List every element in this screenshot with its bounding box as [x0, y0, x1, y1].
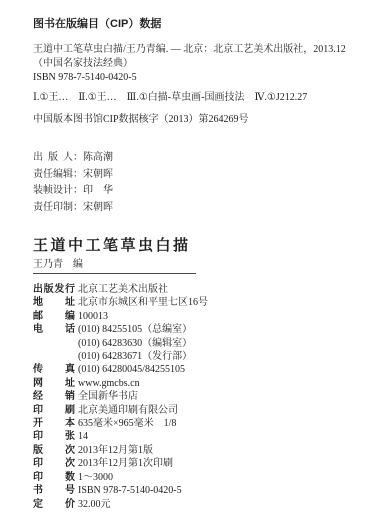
- colophon-value: 1～3000: [78, 472, 113, 483]
- colophon-row: 印次2013年12月第1次印刷: [33, 457, 363, 470]
- colophon-value: 全国新华书店: [78, 391, 138, 402]
- colophon-label: 书号: [33, 484, 75, 497]
- staff-row: 出版人：陈高潮: [33, 150, 363, 167]
- colophon-row: 定价32.00元: [33, 498, 363, 511]
- staff-row: 责任编辑：宋朝晖: [33, 167, 363, 184]
- staff-colon: ：: [73, 185, 83, 196]
- cip-line: 王道中工笔草虫白描/王乃青编. — 北京：北京工艺美术出版社，2013.12: [33, 43, 363, 57]
- colophon-row: 书号ISBN 978-7-5140-0420-5: [33, 484, 363, 497]
- colophon-label: 印刷: [33, 404, 75, 417]
- colophon-value: www.gmcbs.cn: [78, 378, 140, 389]
- cip-header: 图书在版编目（CIP）数据: [33, 18, 363, 31]
- colophon-row: 印张14: [33, 430, 363, 443]
- staff-colon: ：: [73, 202, 83, 213]
- colophon-row: 开本635毫米×965毫米 1/8: [33, 417, 363, 430]
- colophon-row: 传真(010) 64280045/84255105: [33, 363, 363, 376]
- colophon-value: 2013年12月第1次印刷: [78, 458, 173, 469]
- colophon-row: 地址北京市东城区和平里七区16号: [33, 296, 363, 309]
- colophon-label: 电话: [33, 323, 75, 336]
- colophon-value: 635毫米×965毫米 1/8: [78, 418, 176, 429]
- colophon-row: 经销全国新华书店: [33, 390, 363, 403]
- colophon-value: 2013年12月第1版: [78, 445, 153, 456]
- colophon-value: 北京市东城区和平里七区16号: [78, 297, 208, 308]
- colophon-value: 北京美通印刷有限公司: [78, 405, 178, 416]
- staff-value: 陈高潮: [83, 152, 113, 163]
- colophon-value: (010) 64280045/84255105: [78, 364, 185, 375]
- staff-colon: ：: [73, 152, 83, 163]
- cip-record-number: 中国版本图书馆CIP数据核字（2013）第264269号: [33, 113, 363, 126]
- colophon-label: 定价: [33, 498, 75, 511]
- colophon-value: ISBN 978-7-5140-0420-5: [78, 485, 182, 496]
- colophon-row: (010) 64283630（编辑室）: [33, 337, 363, 350]
- cip-line: ISBN 978-7-5140-0420-5: [33, 71, 363, 85]
- book-author: 王乃青 编: [33, 258, 363, 271]
- colophon-row: 版次2013年12月第1版: [33, 444, 363, 457]
- colophon-label: 开本: [33, 417, 75, 430]
- colophon-row: 邮编100013: [33, 310, 363, 323]
- colophon-row: 网址www.gmcbs.cn: [33, 377, 363, 390]
- cip-line: （中国名家技法经典）: [33, 57, 363, 71]
- staff-colon: ：: [73, 169, 83, 180]
- staff-value: 印 华: [83, 185, 113, 196]
- colophon-value: 14: [78, 431, 88, 442]
- colophon-value: 100013: [78, 311, 108, 322]
- staff-label: 装帧设计: [33, 183, 73, 200]
- cip-description-block: 王道中工笔草虫白描/王乃青编. — 北京：北京工艺美术出版社，2013.12 （…: [33, 43, 363, 85]
- staff-row: 装帧设计：印 华: [33, 183, 363, 200]
- divider-rule: [33, 273, 196, 274]
- colophon-value: 北京工艺美术出版社: [78, 284, 168, 295]
- colophon-label: 网址: [33, 377, 75, 390]
- colophon-row: 出版发行北京工艺美术出版社: [33, 283, 363, 296]
- colophon-label: 经销: [33, 390, 75, 403]
- colophon-block: 出版发行北京工艺美术出版社 地址北京市东城区和平里七区16号 邮编100013 …: [33, 283, 363, 511]
- colophon-row: 印刷北京美通印刷有限公司: [33, 404, 363, 417]
- colophon-label: 印张: [33, 430, 75, 443]
- staff-value: 宋朝晖: [83, 169, 113, 180]
- staff-credits-block: 出版人：陈高潮 责任编辑：宋朝晖 装帧设计：印 华 责任印制：宋朝晖: [33, 150, 363, 216]
- colophon-label: 邮编: [33, 310, 75, 323]
- colophon-label: 传真: [33, 363, 75, 376]
- colophon-label: 出版发行: [33, 283, 75, 296]
- colophon-value: 32.00元: [78, 499, 111, 510]
- colophon-value: (010) 64283630（编辑室）: [78, 338, 192, 349]
- colophon-label: 地址: [33, 296, 75, 309]
- staff-label: 责任印制: [33, 200, 73, 217]
- book-title: 王道中工笔草虫白描: [33, 236, 363, 255]
- colophon-label: 版次: [33, 444, 75, 457]
- copyright-page: 图书在版编目（CIP）数据 王道中工笔草虫白描/王乃青编. — 北京：北京工艺美…: [0, 0, 375, 521]
- colophon-value: (010) 64283671（发行部）: [78, 351, 192, 362]
- colophon-label: 印次: [33, 457, 75, 470]
- colophon-row: 电话(010) 84255105（总编室）: [33, 323, 363, 336]
- staff-row: 责任印制：宋朝晖: [33, 200, 363, 217]
- cip-classification-line: Ⅰ.①王… Ⅱ.①王… Ⅲ.①白描-草虫画-国画技法 Ⅳ.①J212.27: [33, 91, 363, 104]
- colophon-row: 印数1～3000: [33, 471, 363, 484]
- colophon-row: (010) 64283671（发行部）: [33, 350, 363, 363]
- staff-label: 出版人: [33, 150, 73, 167]
- colophon-value: (010) 84255105（总编室）: [78, 324, 192, 335]
- colophon-label: 印数: [33, 471, 75, 484]
- staff-value: 宋朝晖: [83, 202, 113, 213]
- staff-label: 责任编辑: [33, 167, 73, 184]
